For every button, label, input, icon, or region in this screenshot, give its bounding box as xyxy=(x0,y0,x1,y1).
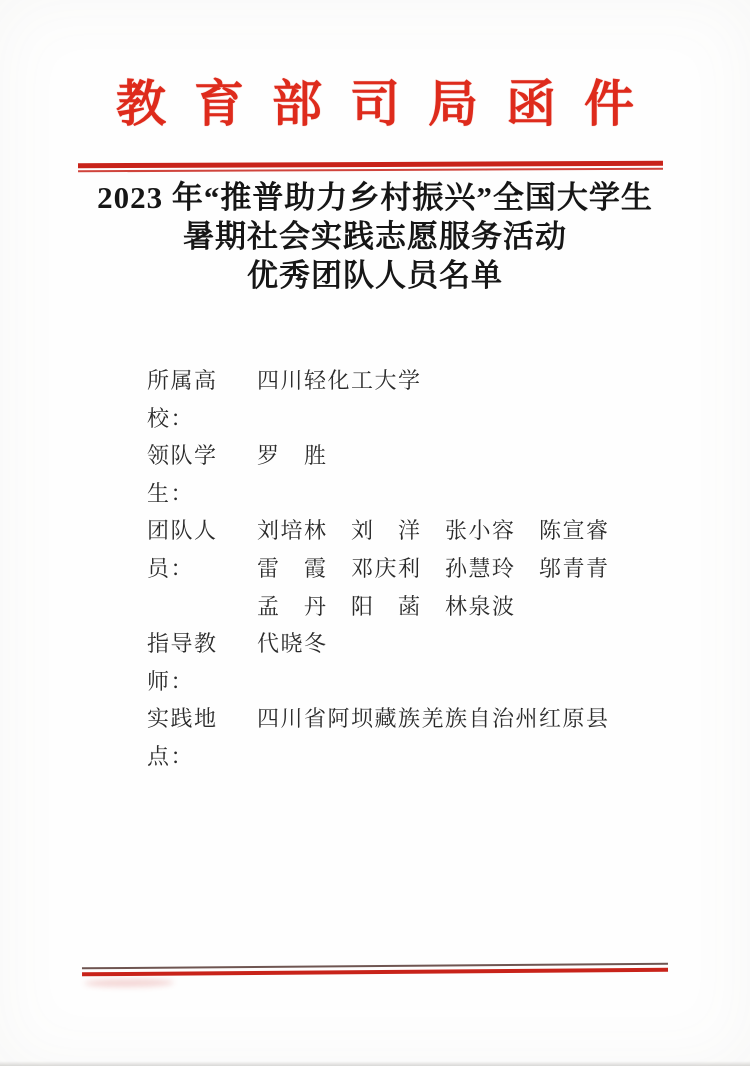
field-practice-location-value: 四川省阿坝藏族羌族自治州红原县 xyxy=(257,700,687,738)
team-members-row-3: 孟 丹 阳 菡 林泉波 xyxy=(257,588,687,626)
field-school-value: 四川轻化工大学 xyxy=(257,362,687,400)
scanned-document-page: 教育部司局函件 2023 年“推普助力乡村振兴”全国大学生 暑期社会实践志愿服务… xyxy=(0,0,750,1066)
field-team-members: 团队人员： 刘培林 刘 洋 张小容 陈宣睿 雷 霞 邓庆利 孙慧玲 邬青青 孟 … xyxy=(147,512,687,625)
footer-red-line xyxy=(82,968,668,977)
field-team-leader: 领队学生： 罗 胜 xyxy=(147,437,687,512)
team-info-list: 所属高校： 四川轻化工大学 领队学生： 罗 胜 团队人员： 刘培林 刘 洋 张小… xyxy=(147,362,687,776)
letterhead-title: 教育部司局函件 xyxy=(0,74,750,134)
scan-bottom-edge xyxy=(0,1061,750,1066)
document-title-line-3: 优秀团队人员名单 xyxy=(0,256,750,295)
document-title-line-2: 暑期社会实践志愿服务活动 xyxy=(0,217,750,256)
field-team-leader-label: 领队学生： xyxy=(147,437,257,512)
divider-thin-line xyxy=(78,168,663,173)
team-members-row-1: 刘培林 刘 洋 张小容 陈宣睿 xyxy=(257,512,687,550)
field-advisor-label: 指导教师： xyxy=(147,625,257,700)
scan-ink-smudge xyxy=(84,979,174,988)
team-members-row-2: 雷 霞 邓庆利 孙慧玲 邬青青 xyxy=(257,550,687,588)
field-team-leader-value: 罗 胜 xyxy=(257,437,687,475)
field-school: 所属高校： 四川轻化工大学 xyxy=(147,362,687,437)
field-advisor-value: 代晓冬 xyxy=(257,625,687,663)
document-title-line-1: 2023 年“推普助力乡村振兴”全国大学生 xyxy=(0,178,750,217)
letterhead-divider-rule xyxy=(78,161,663,173)
field-school-label: 所属高校： xyxy=(147,362,257,437)
document-title: 2023 年“推普助力乡村振兴”全国大学生 暑期社会实践志愿服务活动 优秀团队人… xyxy=(0,178,750,295)
field-team-members-label: 团队人员： xyxy=(147,512,257,587)
field-advisor: 指导教师： 代晓冬 xyxy=(147,625,687,700)
field-practice-location: 实践地点： 四川省阿坝藏族羌族自治州红原县 xyxy=(147,700,687,775)
footer-divider-rule xyxy=(82,963,668,977)
field-team-members-value: 刘培林 刘 洋 张小容 陈宣睿 雷 霞 邓庆利 孙慧玲 邬青青 孟 丹 阳 菡 … xyxy=(257,512,687,625)
field-practice-location-label: 实践地点： xyxy=(147,700,257,775)
